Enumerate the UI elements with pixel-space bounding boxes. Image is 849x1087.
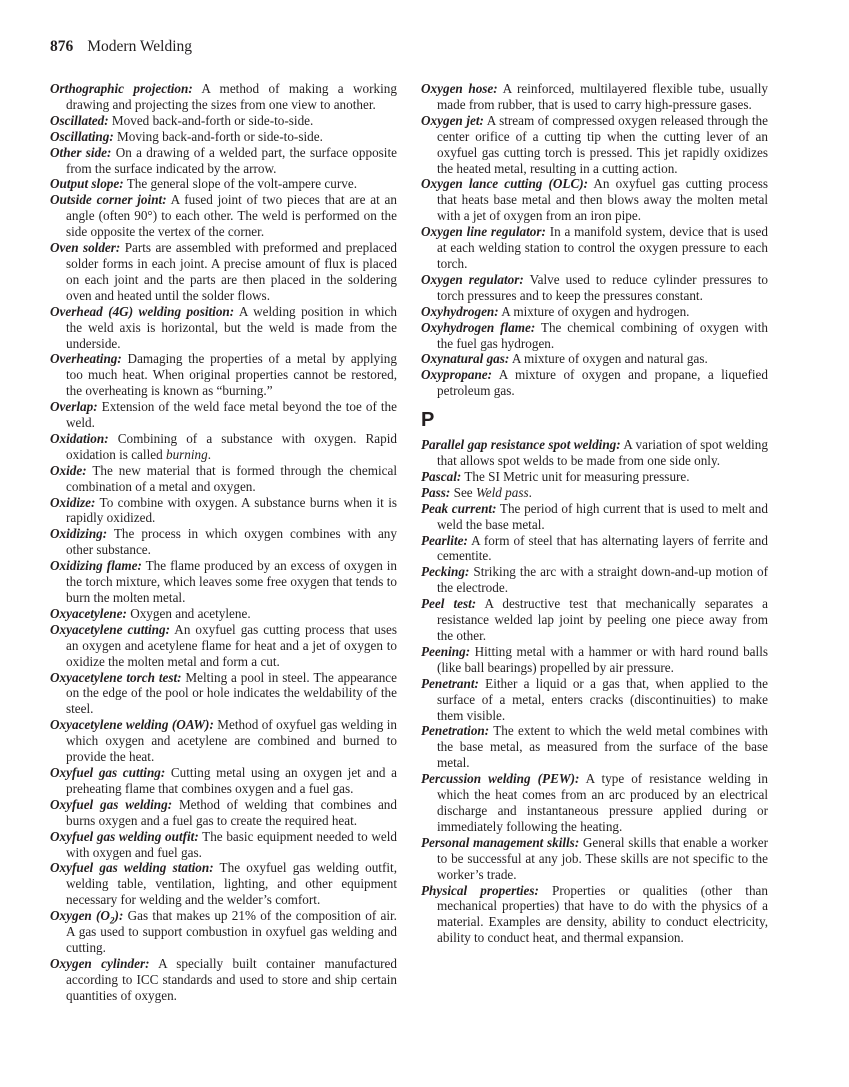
glossary-term: Oxyacetylene welding (OAW): (50, 717, 214, 732)
glossary-term: Oxynatural gas: (421, 351, 509, 366)
glossary-definition: Moving back-and-forth or side-to-side. (114, 129, 323, 144)
term-text: Personal management skills: (421, 835, 579, 850)
glossary-entry: Peak current: The period of high current… (421, 501, 768, 533)
term-text: Oxyfuel gas cutting: (50, 765, 165, 780)
glossary-definition: Hitting metal with a hammer or with hard… (437, 644, 768, 675)
glossary-entry: Oxyacetylene welding (OAW): Method of ox… (50, 717, 397, 765)
term-text: Oscillating: (50, 129, 114, 144)
glossary-term: Pecking: (421, 564, 469, 579)
glossary-entry: Oxygen cylinder: A specially built conta… (50, 956, 397, 1004)
term-text: Oxyfuel gas welding outfit: (50, 829, 199, 844)
cross-reference: Weld pass (476, 485, 529, 500)
glossary-term: Oxyacetylene: (50, 606, 127, 621)
glossary-term: Oxygen jet: (421, 113, 484, 128)
glossary-definition: A stream of compressed oxygen released t… (437, 113, 768, 176)
glossary-entry: Oxyacetylene torch test: Melting a pool … (50, 670, 397, 718)
glossary-term: Peel test: (421, 596, 476, 611)
glossary-definition: On a drawing of a welded part, the surfa… (66, 145, 397, 176)
term-text: Oxyfuel gas welding station: (50, 860, 214, 875)
glossary-term: Orthographic projection: (50, 81, 193, 96)
glossary-term: Outside corner joint: (50, 192, 167, 207)
term-text: Percussion welding (PEW): (421, 771, 579, 786)
term-text: Oxygen jet: (421, 113, 484, 128)
term-text: Outside corner joint: (50, 192, 167, 207)
glossary-term: Oxidizing: (50, 526, 107, 541)
glossary-entry: Pearlite: A form of steel that has alter… (421, 533, 768, 565)
term-text: Oxyfuel gas welding: (50, 797, 172, 812)
glossary-entry: Oxygen (O2): Gas that makes up 21% of th… (50, 908, 397, 956)
term-text: Oxygen line regulator: (421, 224, 546, 239)
term-text: Pearlite: (421, 533, 468, 548)
glossary-term: Oxidize: (50, 495, 95, 510)
glossary-definition: Oxygen and acetylene. (127, 606, 251, 621)
glossary-term: Oxyacetylene torch test: (50, 670, 182, 685)
glossary-entry: Pecking: Striking the arc with a straigh… (421, 564, 768, 596)
glossary-term: Pass: (421, 485, 450, 500)
glossary-term: Oxyfuel gas cutting: (50, 765, 165, 780)
glossary-entry: Oxyacetylene: Oxygen and acetylene. (50, 606, 397, 622)
glossary-term: Oxyfuel gas welding station: (50, 860, 214, 875)
glossary-entry: Oxyfuel gas cutting: Cutting metal using… (50, 765, 397, 797)
term-text: Other side: (50, 145, 111, 160)
term-text: Oxidize: (50, 495, 95, 510)
glossary-definition: Moved back-and-forth or side-to-side. (109, 113, 314, 128)
glossary-term: Oxygen regulator: (421, 272, 524, 287)
glossary-definition: The new material that is formed through … (66, 463, 397, 494)
glossary-definition: Either a liquid or a gas that, when appl… (437, 676, 768, 723)
glossary-entry: Outside corner joint: A fused joint of t… (50, 192, 397, 240)
term-text: Overheating: (50, 351, 122, 366)
term-text: Oxygen regulator: (421, 272, 524, 287)
term-text: Parallel gap resistance spot welding: (421, 437, 621, 452)
term-text: Output slope: (50, 176, 124, 191)
glossary-definition: Striking the arc with a straight down-an… (437, 564, 768, 595)
glossary-definition: A destructive test that mechanically sep… (437, 596, 768, 643)
glossary-term: Peening: (421, 644, 470, 659)
term-text: Oxygen lance cutting (OLC): (421, 176, 588, 191)
glossary-entry: Oxidation: Combining of a substance with… (50, 431, 397, 463)
term-text: Penetrant: (421, 676, 479, 691)
glossary-definition: See (450, 485, 476, 500)
term-text: Oxygen hose: (421, 81, 498, 96)
glossary-term: Oxyfuel gas welding outfit: (50, 829, 199, 844)
term-text: Peening: (421, 644, 470, 659)
glossary-definition: The process in which oxygen combines wit… (66, 526, 397, 557)
glossary-entry: Oxidize: To combine with oxygen. A subst… (50, 495, 397, 527)
term-text: Peel test: (421, 596, 476, 611)
glossary-entry: Oxidizing flame: The flame produced by a… (50, 558, 397, 606)
glossary-term: Personal management skills: (421, 835, 579, 850)
glossary-entry: Oxygen jet: A stream of compressed oxyge… (421, 113, 768, 177)
glossary-entry: Percussion welding (PEW): A type of resi… (421, 771, 768, 835)
glossary-term: Penetrant: (421, 676, 479, 691)
glossary-term: Parallel gap resistance spot welding: (421, 437, 621, 452)
term-text: Oxyhydrogen flame: (421, 320, 535, 335)
term-text: Oxidizing: (50, 526, 107, 541)
glossary-term: Pascal: (421, 469, 461, 484)
glossary-term: Penetration: (421, 723, 489, 738)
glossary-entry: Oxide: The new material that is formed t… (50, 463, 397, 495)
glossary-definition: A form of steel that has alternating lay… (437, 533, 768, 564)
term-text: Oxyacetylene: (50, 606, 127, 621)
glossary-term: Oxidation: (50, 431, 109, 446)
term-text: Oxygen cylinder: (50, 956, 149, 971)
glossary-term: Oscillating: (50, 129, 114, 144)
book-title: Modern Welding (87, 38, 192, 55)
page-number: 876 (50, 38, 73, 55)
glossary-term: Output slope: (50, 176, 124, 191)
glossary-entry: Oxygen hose: A reinforced, multilayered … (421, 81, 768, 113)
term-text: Oxyacetylene welding (OAW): (50, 717, 214, 732)
glossary-term: Oxyhydrogen flame: (421, 320, 535, 335)
glossary-entry: Pascal: The SI Metric unit for measuring… (421, 469, 768, 485)
glossary-term: Overheating: (50, 351, 122, 366)
glossary-term: Other side: (50, 145, 111, 160)
glossary-entry: Peening: Hitting metal with a hammer or … (421, 644, 768, 676)
glossary-term: Oxygen hose: (421, 81, 498, 96)
glossary-entry: Oxypropane: A mixture of oxygen and prop… (421, 367, 768, 399)
glossary-column-left: Orthographic projection: A method of mak… (50, 81, 397, 1004)
term-text: Penetration: (421, 723, 489, 738)
glossary-entry: Oscillating: Moving back-and-forth or si… (50, 129, 397, 145)
glossary-term: Oxyacetylene cutting: (50, 622, 170, 637)
glossary-column-right: Oxygen hose: A reinforced, multilayered … (421, 81, 768, 946)
glossary-entry: Peel test: A destructive test that mecha… (421, 596, 768, 644)
glossary-entry: Oxyhydrogen: A mixture of oxygen and hyd… (421, 304, 768, 320)
glossary-term: Oxygen cylinder: (50, 956, 149, 971)
glossary-term: Physical properties: (421, 883, 539, 898)
glossary-definition: A mixture of oxygen and hydrogen. (499, 304, 690, 319)
term-text: Oxide: (50, 463, 87, 478)
glossary-entry: Oxyfuel gas welding outfit: The basic eq… (50, 829, 397, 861)
glossary-entry: Oxygen line regulator: In a manifold sys… (421, 224, 768, 272)
glossary-entry: Oxygen regulator: Valve used to reduce c… (421, 272, 768, 304)
term-text: Pascal: (421, 469, 461, 484)
glossary-entry: Oven solder: Parts are assembled with pr… (50, 240, 397, 304)
glossary-definition: To combine with oxygen. A substance burn… (66, 495, 397, 526)
term-text: Oxidizing flame: (50, 558, 142, 573)
glossary-entry: Pass: See Weld pass. (421, 485, 768, 501)
glossary-term: Oxyhydrogen: (421, 304, 499, 319)
term-text: Oxyacetylene torch test: (50, 670, 182, 685)
glossary-definition: The general slope of the volt-ampere cur… (124, 176, 357, 191)
glossary-term: Oscillated: (50, 113, 109, 128)
glossary-term: Overlap: (50, 399, 98, 414)
term-text: Oxygen (O (50, 908, 110, 923)
glossary-definition: Extension of the weld face metal beyond … (66, 399, 397, 430)
glossary-entry: Oscillated: Moved back-and-forth or side… (50, 113, 397, 129)
page-header: 876Modern Welding (50, 38, 192, 56)
term-text: Oscillated: (50, 113, 109, 128)
glossary-entry: Penetrant: Either a liquid or a gas that… (421, 676, 768, 724)
glossary-entry: Personal management skills: General skil… (421, 835, 768, 883)
glossary-term: Percussion welding (PEW): (421, 771, 579, 786)
glossary-entry: Oxyacetylene cutting: An oxyfuel gas cut… (50, 622, 397, 670)
glossary-entry: Overheating: Damaging the properties of … (50, 351, 397, 399)
glossary-definition: The SI Metric unit for measuring pressur… (461, 469, 689, 484)
glossary-entry: Overhead (4G) welding position: A weldin… (50, 304, 397, 352)
glossary-entry: Parallel gap resistance spot welding: A … (421, 437, 768, 469)
glossary-term: Peak current: (421, 501, 496, 516)
glossary-entry: Orthographic projection: A method of mak… (50, 81, 397, 113)
glossary-term: Oxide: (50, 463, 87, 478)
term-text: Pecking: (421, 564, 469, 579)
definition-suffix: . (208, 447, 211, 462)
glossary-entry: Oxidizing: The process in which oxygen c… (50, 526, 397, 558)
glossary-entry: Oxyhydrogen flame: The chemical combinin… (421, 320, 768, 352)
term-text: Oxyhydrogen: (421, 304, 499, 319)
glossary-term: Oxygen line regulator: (421, 224, 546, 239)
glossary-entry: Penetration: The extent to which the wel… (421, 723, 768, 771)
glossary-term: Overhead (4G) welding position: (50, 304, 234, 319)
term-text: Orthographic projection: (50, 81, 193, 96)
glossary-term: Oven solder: (50, 240, 120, 255)
term-text: Overlap: (50, 399, 98, 414)
glossary-entry: Other side: On a drawing of a welded par… (50, 145, 397, 177)
glossary-entry: Output slope: The general slope of the v… (50, 176, 397, 192)
definition-suffix: . (529, 485, 532, 500)
glossary-definition: Combining of a substance with oxygen. Ra… (66, 431, 397, 462)
glossary-term: Pearlite: (421, 533, 468, 548)
term-text: Oven solder: (50, 240, 120, 255)
glossary-term: Oxygen lance cutting (OLC): (421, 176, 588, 191)
term-text: Physical properties: (421, 883, 539, 898)
term-text: Oxypropane: (421, 367, 492, 382)
glossary-definition: A mixture of oxygen and natural gas. (509, 351, 708, 366)
term-text: Oxynatural gas: (421, 351, 509, 366)
glossary-term: Oxidizing flame: (50, 558, 142, 573)
term-text: Overhead (4G) welding position: (50, 304, 234, 319)
term-text: Peak current: (421, 501, 496, 516)
glossary-entry: Oxygen lance cutting (OLC): An oxyfuel g… (421, 176, 768, 224)
glossary-term: Oxyfuel gas welding: (50, 797, 172, 812)
term-text: Oxyacetylene cutting: (50, 622, 170, 637)
glossary-entry: Overlap: Extension of the weld face meta… (50, 399, 397, 431)
glossary-entry: Physical properties: Properties or quali… (421, 883, 768, 947)
term-text: Oxidation: (50, 431, 109, 446)
glossary-term: Oxypropane: (421, 367, 492, 382)
section-letter-heading: P (421, 409, 768, 431)
glossary-entry: Oxyfuel gas welding: Method of welding t… (50, 797, 397, 829)
term-text: Pass: (421, 485, 450, 500)
glossary-term: Oxygen (O2): (50, 908, 123, 923)
glossary-entry: Oxyfuel gas welding station: The oxyfuel… (50, 860, 397, 908)
cross-reference: burning (166, 447, 208, 462)
glossary-entry: Oxynatural gas: A mixture of oxygen and … (421, 351, 768, 367)
